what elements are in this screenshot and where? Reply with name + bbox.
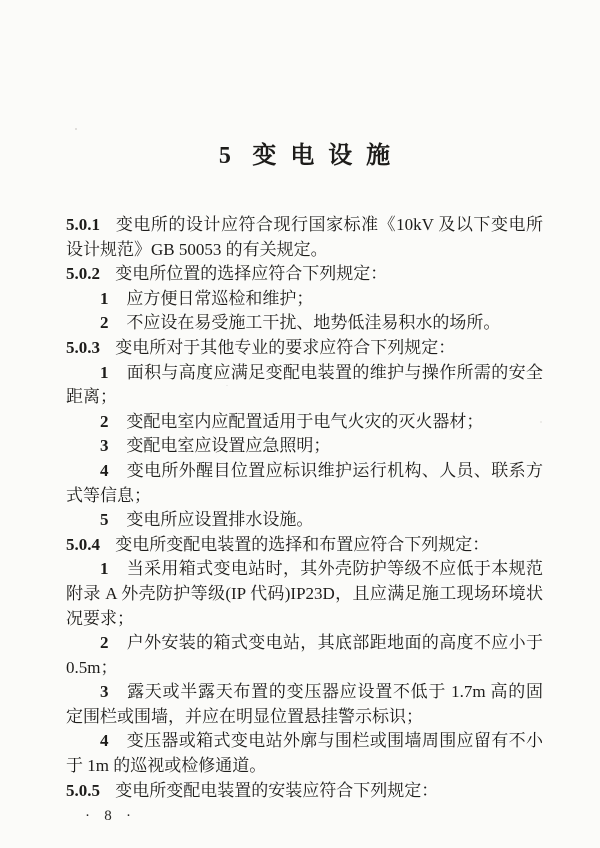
paragraph-number: 5.0.3 (66, 338, 100, 357)
paragraph-text: 变电所变配电装置的安装应符合下列规定： (115, 781, 438, 800)
paragraph-text: 变电所应设置排水设施。 (126, 510, 313, 529)
paragraph-text: 变电所的设计应符合现行国家标准《10kV 及以下变电所设计规范》GB 50053… (66, 215, 543, 259)
paragraph-text: 变电所外醒目位置应标识维护运行机构、人员、联系方式等信息； (66, 461, 543, 505)
clause-paragraph: 5.0.4变电所变配电装置的选择和布置应符合下列规定： (66, 533, 543, 558)
paragraph-text: 面积与高度应满足变配电装置的维护与操作所需的安全距离； (66, 363, 543, 407)
paragraph-text: 变电所对于其他专业的要求应符合下列规定： (115, 338, 455, 357)
page-number: · 8 · (66, 808, 543, 825)
paragraph-number: 1 (100, 363, 109, 382)
paragraph-text: 变配电室应设置应急照明； (126, 436, 330, 455)
list-item: 4变电所外醒目位置应标识维护运行机构、人员、联系方式等信息； (66, 459, 543, 508)
paragraph-number: 5 (100, 510, 109, 529)
paragraph-text: 当采用箱式变电站时，其外壳防护等级不应低于本规范附录 A 外壳防护等级(IP 代… (66, 559, 543, 627)
paragraph-text: 户外安装的箱式变电站，其底部距地面的高度不应小于 0.5m； (66, 633, 543, 677)
paragraph-text: 应方便日常巡检和维护； (126, 289, 313, 308)
clause-paragraph: 5.0.3变电所对于其他专业的要求应符合下列规定： (66, 336, 543, 361)
section-title: 5变电设施 (66, 141, 543, 171)
scan-speck (540, 421, 542, 423)
list-item: 2变配电室内应配置适用于电气火灾的灭火器材； (66, 410, 543, 435)
document-page: 5变电设施 5.0.1变电所的设计应符合现行国家标准《10kV 及以下变电所设计… (0, 0, 600, 848)
paragraph-number: 3 (100, 436, 109, 455)
paragraph-number: 4 (100, 731, 109, 750)
list-item: 3露天或半露天布置的变压器应设置不低于 1.7m 高的固定围栏或围墙，并应在明显… (66, 680, 543, 729)
clause-paragraph: 5.0.5变电所变配电装置的安装应符合下列规定： (66, 779, 543, 804)
paragraph-number: 3 (100, 682, 109, 701)
paragraph-number: 5.0.5 (66, 781, 100, 800)
scan-speck (75, 128, 77, 130)
paragraph-text: 变配电室内应配置适用于电气火灾的灭火器材； (126, 412, 483, 431)
list-item: 4变压器或箱式变电站外廓与围栏或围墙周围应留有不小于 1m 的巡视或检修通道。 (66, 729, 543, 778)
paragraph-number: 1 (100, 559, 109, 578)
paragraph-number: 5.0.4 (66, 535, 100, 554)
paragraph-number: 1 (100, 289, 109, 308)
section-title-text: 变电设施 (252, 143, 404, 169)
paragraph-number: 2 (100, 313, 109, 332)
paragraph-text: 露天或半露天布置的变压器应设置不低于 1.7m 高的固定围栏或围墙，并应在明显位… (66, 682, 543, 726)
scan-speck (226, 385, 228, 386)
paragraph-number: 2 (100, 412, 109, 431)
paragraph-number: 5.0.1 (66, 215, 100, 234)
paragraph-text: 不应设在易受施工干扰、地势低洼易积水的场所。 (126, 313, 500, 332)
clause-paragraph: 5.0.1变电所的设计应符合现行国家标准《10kV 及以下变电所设计规范》GB … (66, 213, 543, 262)
paragraph-text: 变电所位置的选择应符合下列规定： (115, 264, 387, 283)
paragraph-text: 变压器或箱式变电站外廓与围栏或围墙周围应留有不小于 1m 的巡视或检修通道。 (66, 731, 543, 775)
list-item: 1应方便日常巡检和维护； (66, 287, 543, 312)
list-item: 1面积与高度应满足变配电装置的维护与操作所需的安全距离； (66, 361, 543, 410)
paragraph-number: 2 (100, 633, 109, 652)
list-item: 2不应设在易受施工干扰、地势低洼易积水的场所。 (66, 311, 543, 336)
document-body: 5.0.1变电所的设计应符合现行国家标准《10kV 及以下变电所设计规范》GB … (66, 213, 543, 803)
list-item: 2户外安装的箱式变电站，其底部距地面的高度不应小于 0.5m； (66, 631, 543, 680)
paragraph-number: 5.0.2 (66, 264, 100, 283)
list-item: 3变配电室应设置应急照明； (66, 434, 543, 459)
list-item: 1当采用箱式变电站时，其外壳防护等级不应低于本规范附录 A 外壳防护等级(IP … (66, 557, 543, 631)
section-number: 5 (219, 143, 231, 169)
paragraph-number: 4 (100, 461, 109, 480)
list-item: 5变电所应设置排水设施。 (66, 508, 543, 533)
paragraph-text: 变电所变配电装置的选择和布置应符合下列规定： (115, 535, 489, 554)
clause-paragraph: 5.0.2变电所位置的选择应符合下列规定： (66, 262, 543, 287)
